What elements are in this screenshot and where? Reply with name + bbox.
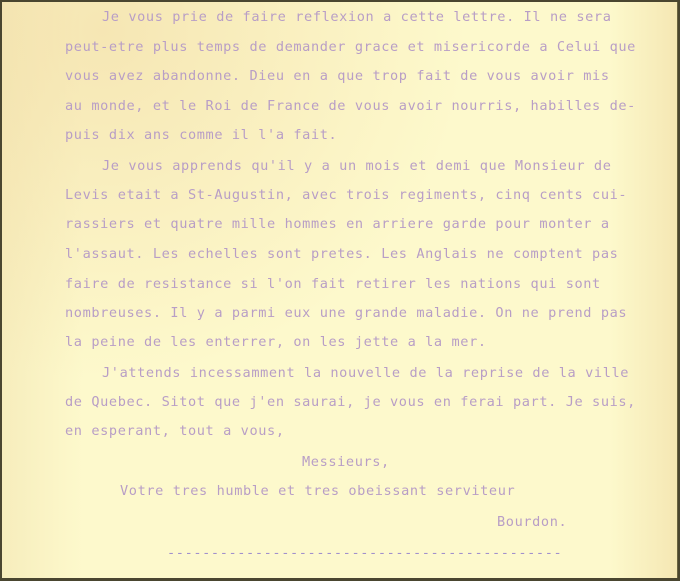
paragraph-3-line-1: J'attends incessamment la nouvelle de la…	[102, 363, 629, 383]
paragraph-2-line-5: faire de resistance si l'on fait retirer…	[65, 274, 601, 294]
letter-page: Je vous prie de faire reflexion a cette …	[2, 2, 678, 578]
signature: Bourdon.	[497, 512, 567, 532]
paragraph-2-line-7: la peine de les enterrer, on les jette a…	[65, 332, 487, 352]
paragraph-2-line-2: Levis etait a St-Augustin, avec trois re…	[65, 185, 627, 205]
paragraph-2-line-6: nombreuses. Il y a parmi eux une grande …	[65, 303, 627, 323]
letter-body: Je vous prie de faire reflexion a cette …	[2, 2, 677, 466]
paragraph-2-line-1: Je vous apprends qu'il y a un mois et de…	[102, 156, 611, 176]
paragraph-3-line-3: en esperant, tout a vous,	[65, 421, 285, 441]
paragraph-1-line-1: Je vous prie de faire reflexion a cette …	[102, 7, 611, 27]
paragraph-1-line-5: puis dix ans comme il l'a fait.	[65, 125, 337, 145]
paragraph-2-line-4: l'assaut. Les echelles sont pretes. Les …	[65, 244, 618, 264]
closing-salutation: Messieurs,	[302, 452, 390, 472]
paragraph-1-line-3: vous avez abandonne. Dieu en a que trop …	[65, 66, 610, 86]
paragraph-1-line-2: peut-etre plus temps de demander grace e…	[65, 37, 636, 57]
separator-line: ----------------------------------------…	[167, 545, 562, 561]
paragraph-2-line-3: rassiers et quatre mille hommes en arrie…	[65, 214, 610, 234]
closing-formula: Votre tres humble et tres obeissant serv…	[120, 481, 515, 501]
paragraph-3-line-2: de Quebec. Sitot que j'en saurai, je vou…	[65, 392, 636, 412]
paragraph-1-line-4: au monde, et le Roi de France de vous av…	[65, 96, 636, 116]
